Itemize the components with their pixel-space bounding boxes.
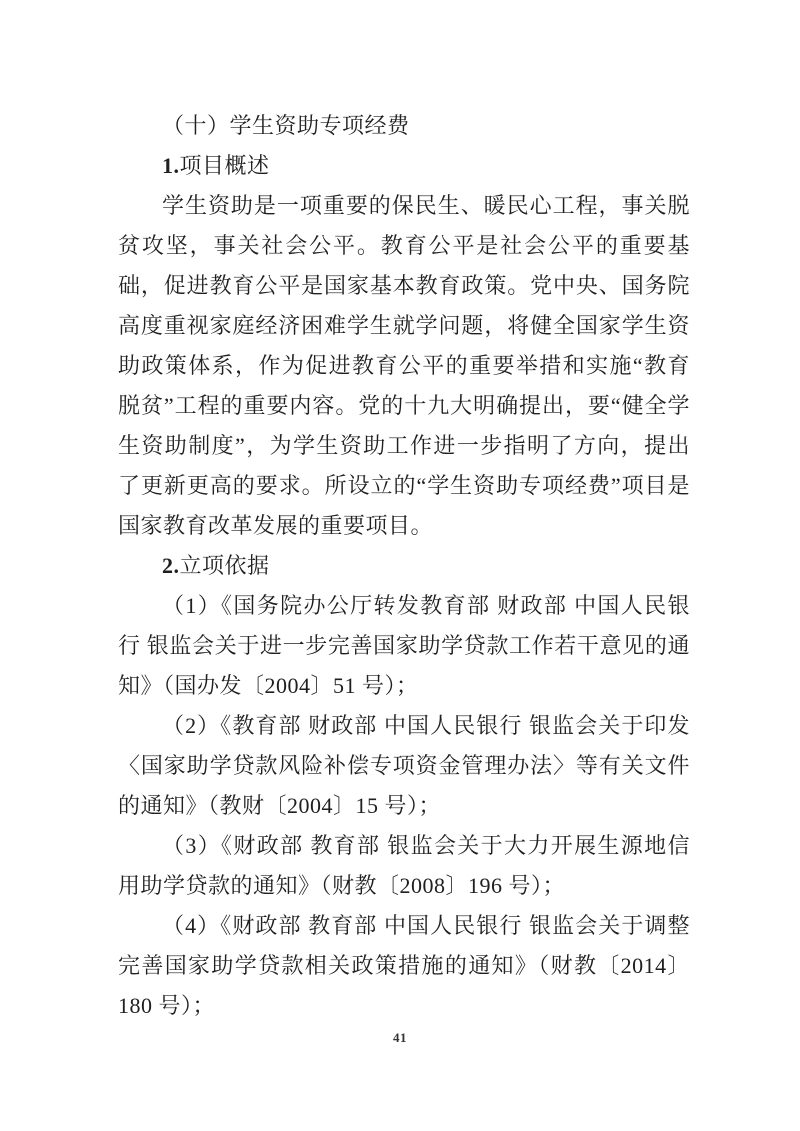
section-heading: （十）学生资助专项经费 xyxy=(118,106,690,146)
document-body: （十）学生资助专项经费 1.项目概述 学生资助是一项重要的保民生、暖民心工程，事… xyxy=(118,106,690,1026)
overview-paragraph: 学生资助是一项重要的保民生、暖民心工程，事关脱贫攻坚，事关社会公平。教育公平是社… xyxy=(118,186,690,546)
basis-item-3: （3）《财政部 教育部 银监会关于大力开展生源地信用助学贷款的通知》（财教〔20… xyxy=(118,826,690,906)
document-page: （十）学生资助专项经费 1.项目概述 学生资助是一项重要的保民生、暖民心工程，事… xyxy=(0,0,800,1131)
basis-item-4: （4）《财政部 教育部 中国人民银行 银监会关于调整完善国家助学贷款相关政策措施… xyxy=(118,906,690,1026)
subsection-number: 2. xyxy=(162,553,180,578)
page-number: 41 xyxy=(0,1030,800,1046)
subsection-number: 1. xyxy=(162,153,180,178)
subsection-heading-overview: 1.项目概述 xyxy=(118,146,690,186)
subsection-heading-basis: 2.立项依据 xyxy=(118,546,690,586)
basis-item-1: （1）《国务院办公厅转发教育部 财政部 中国人民银行 银监会关于进一步完善国家助… xyxy=(118,586,690,706)
subsection-title: 项目概述 xyxy=(180,153,270,178)
subsection-title: 立项依据 xyxy=(180,553,270,578)
basis-item-2: （2）《教育部 财政部 中国人民银行 银监会关于印发〈国家助学贷款风险补偿专项资… xyxy=(118,706,690,826)
